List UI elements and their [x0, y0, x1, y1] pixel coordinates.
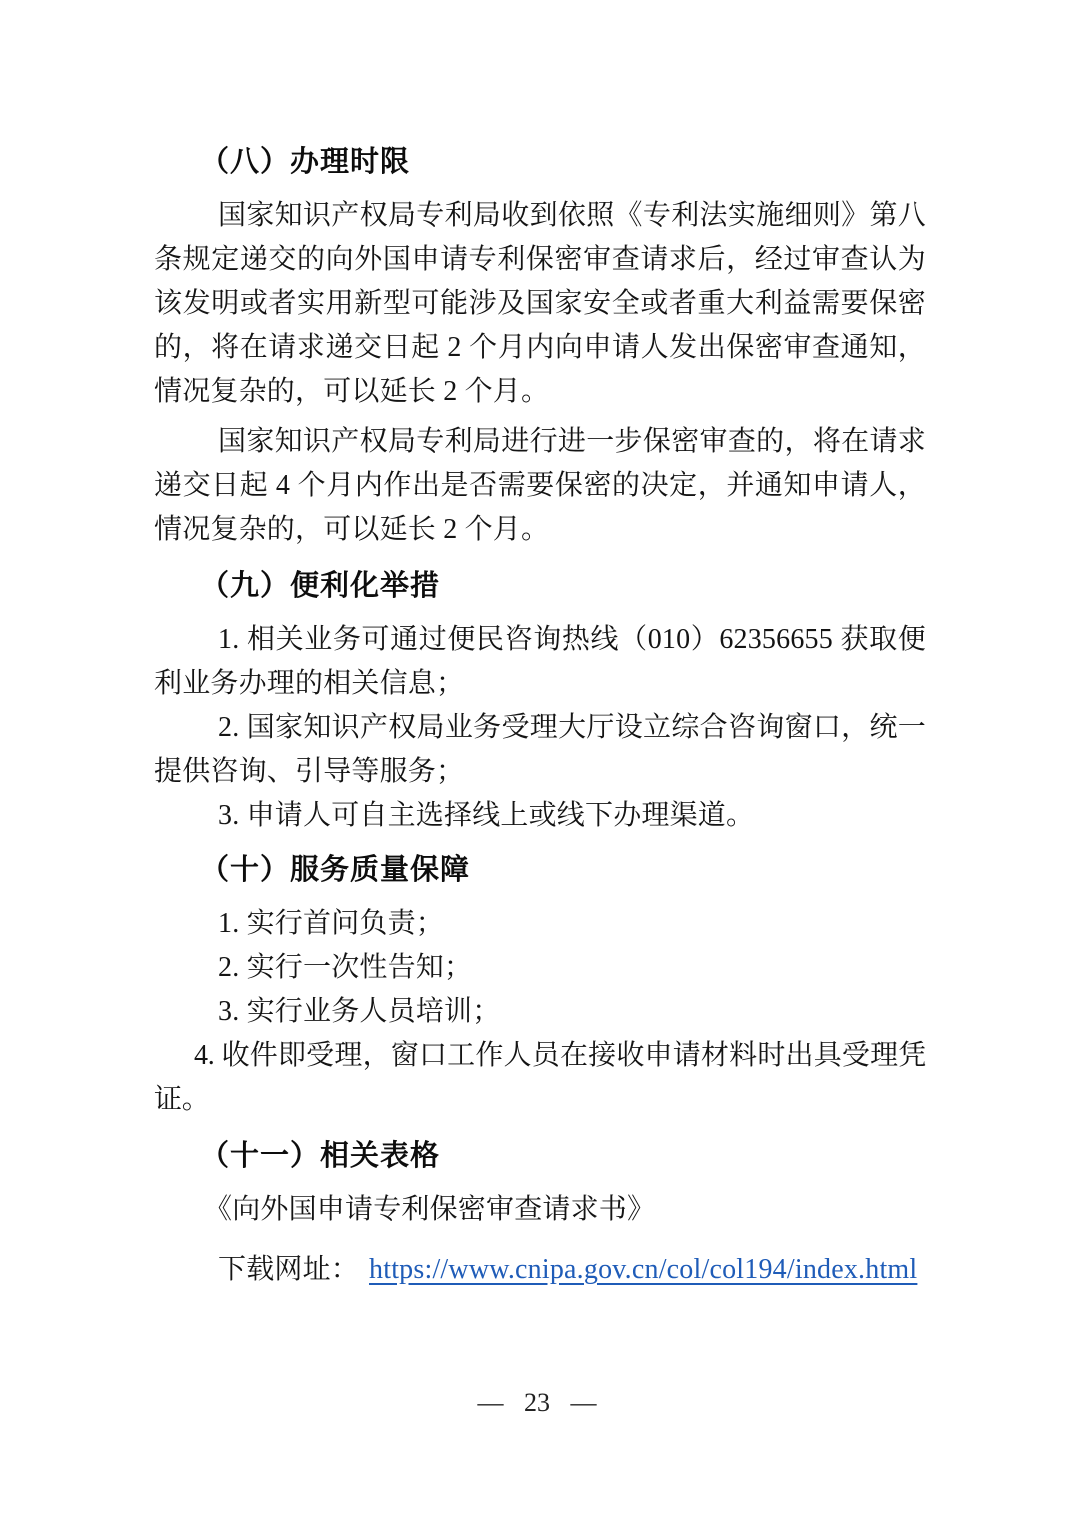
section-related-forms: （十一）相关表格 《向外国申请专利保密审查请求书》 下载网址：https://w… [154, 1134, 926, 1292]
list-item: 2. 国家知识产权局业务受理大厅设立综合咨询窗口，统一提供咨询、引导等服务； [154, 706, 926, 794]
page-content: （八）办理时限 国家知识产权局专利局收到依照《专利法实施细则》第八条规定递交的向… [154, 140, 926, 1292]
download-line: 下载网址：https://www.cnipa.gov.cn/col/col194… [154, 1248, 926, 1292]
section-processing-time-limit: （八）办理时限 国家知识产权局专利局收到依照《专利法实施细则》第八条规定递交的向… [154, 140, 926, 552]
list-item: 1. 实行首问负责； [154, 902, 926, 946]
section-heading-facilitation-measures: （九）便利化举措 [154, 564, 926, 608]
section-heading-processing-time-limit: （八）办理时限 [154, 140, 926, 184]
page-number: — 23 — [478, 1388, 597, 1417]
body-paragraph: 国家知识产权局专利局进行进一步保密审查的，将在请求递交日起 4 个月内作出是否需… [154, 420, 926, 552]
list-item: 3. 实行业务人员培训； [154, 990, 926, 1034]
download-url-link[interactable]: https://www.cnipa.gov.cn/col/col194/inde… [369, 1254, 917, 1285]
body-paragraph: 国家知识产权局专利局收到依照《专利法实施细则》第八条规定递交的向外国申请专利保密… [154, 194, 926, 414]
section-heading-related-forms: （十一）相关表格 [154, 1134, 926, 1178]
download-label: 下载网址： [218, 1254, 359, 1285]
list-item: 4. 收件即受理，窗口工作人员在接收申请材料时出具受理凭证。 [154, 1034, 926, 1122]
page-footer: — 23 — [0, 1388, 1074, 1418]
list-item: 3. 申请人可自主选择线上或线下办理渠道。 [154, 794, 926, 838]
list-item: 2. 实行一次性告知； [154, 946, 926, 990]
list-item: 1. 相关业务可通过便民咨询热线（010）62356655 获取便利业务办理的相… [154, 618, 926, 706]
form-title: 《向外国申请专利保密审查请求书》 [154, 1188, 926, 1232]
document-page: （八）办理时限 国家知识产权局专利局收到依照《专利法实施细则》第八条规定递交的向… [0, 0, 1074, 1520]
section-service-quality: （十）服务质量保障 1. 实行首问负责； 2. 实行一次性告知； 3. 实行业务… [154, 848, 926, 1122]
section-facilitation-measures: （九）便利化举措 1. 相关业务可通过便民咨询热线（010）62356655 获… [154, 564, 926, 838]
section-heading-service-quality: （十）服务质量保障 [154, 848, 926, 892]
